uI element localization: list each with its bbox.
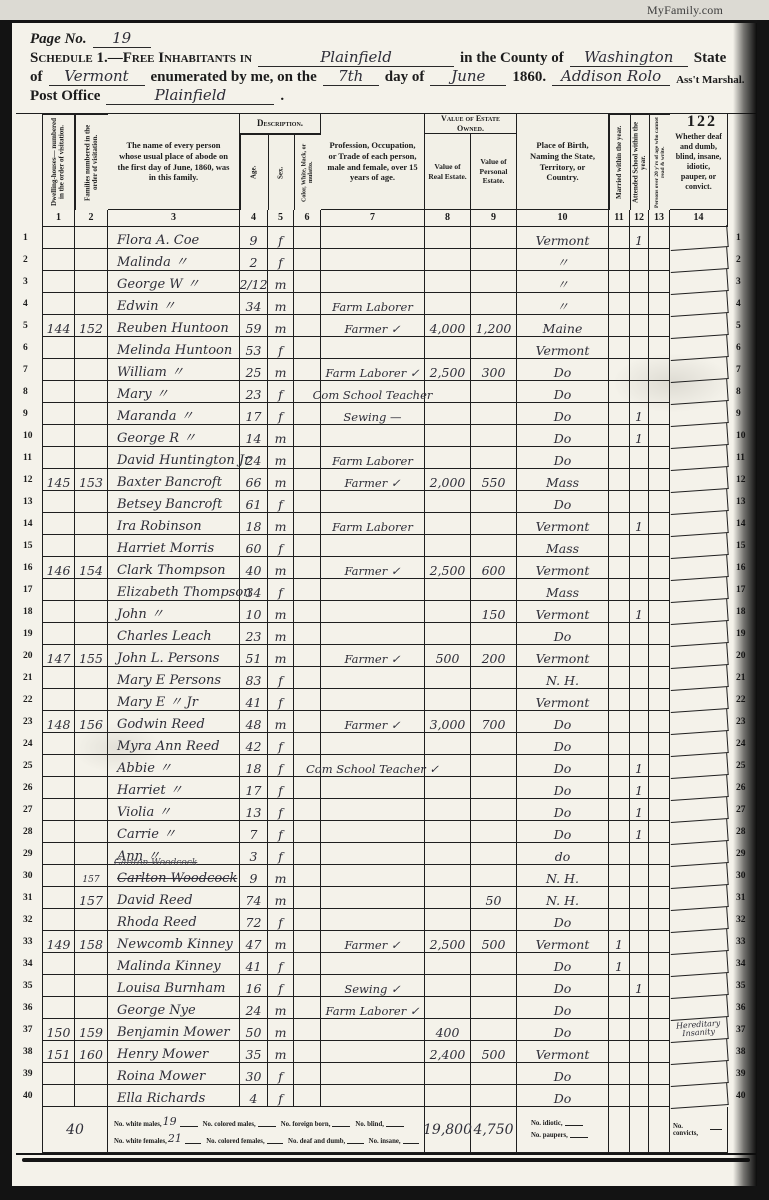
cell-school — [630, 997, 649, 1019]
cell-age: 41 — [240, 689, 268, 711]
estate-group-header: Value of Estate Owned. — [425, 114, 517, 134]
cell-occupation — [321, 491, 425, 513]
cell-personal-estate — [471, 271, 517, 293]
cell-personal-estate — [471, 579, 517, 601]
colnum: 9 — [471, 210, 517, 227]
cell-name: Flora A. Coe — [108, 227, 240, 249]
row-number-right: 40 — [728, 1085, 756, 1107]
cell-real-estate — [425, 535, 471, 557]
row-number-right: 30 — [728, 865, 756, 887]
cell-cannot-read — [649, 1085, 670, 1107]
cell-age: 3 — [240, 843, 268, 865]
cell-personal-estate — [471, 623, 517, 645]
table-row: 35 Louisa Burnham 16 f Sewing ✓ Do 1 35 — [16, 975, 756, 997]
cell-family: 157 — [75, 865, 108, 887]
cell-birthplace: Do — [517, 403, 609, 425]
row-number-left: 21 — [16, 667, 42, 689]
row-number-left: 32 — [16, 909, 42, 931]
rownum-spacer — [728, 114, 756, 210]
row-number-left: 27 — [16, 799, 42, 821]
cell-sex: m — [268, 293, 294, 315]
cell-married — [609, 425, 630, 447]
cell-occupation: Farmer ✓ — [321, 469, 425, 491]
cell-family — [75, 1085, 108, 1107]
cell-married — [609, 623, 630, 645]
cell-occupation — [321, 425, 425, 447]
cell-birthplace: Do — [517, 909, 609, 931]
table-row: 37 150 159 Benjamin Mower 50 m 400 Do He… — [16, 1019, 756, 1041]
cell-color — [294, 645, 321, 667]
table-row: 39 Roina Mower 30 f Do 39 — [16, 1063, 756, 1085]
cell-occupation — [321, 1041, 425, 1063]
row-number-left: 26 — [16, 777, 42, 799]
cell-age: 50 — [240, 1019, 268, 1041]
cell-birthplace: Maine — [517, 315, 609, 337]
cell-name: Godwin Reed — [108, 711, 240, 733]
marshal-label: Ass't Marshal. — [676, 74, 744, 86]
cell-name: David Reed — [108, 887, 240, 909]
table-row: 34 Malinda Kinney 41 f Do 1 34 — [16, 953, 756, 975]
row-number-right: 17 — [728, 579, 756, 601]
cell-dwelling — [42, 227, 75, 249]
cell-married — [609, 535, 630, 557]
row-number-left: 5 — [16, 315, 42, 337]
cell-cannot-read — [649, 755, 670, 777]
cell-family — [75, 733, 108, 755]
cell-age: 17 — [240, 777, 268, 799]
cell-dwelling — [42, 689, 75, 711]
cell-sex: f — [268, 909, 294, 931]
cell-occupation: Farmer ✓ — [321, 931, 425, 953]
cell-color — [294, 271, 321, 293]
stat-label: No. white females, — [114, 1138, 167, 1145]
census-page: Page No. 19 Schedule 1.—Free Inhabitants… — [12, 20, 757, 1186]
cell-sex: f — [268, 777, 294, 799]
cell-school: 1 — [630, 777, 649, 799]
cell-name: Mary E 〃 Jr — [108, 689, 240, 711]
cell-personal-estate: 1,200 — [471, 315, 517, 337]
table-row: 6 Melinda Huntoon 53 f Vermont 6 — [16, 337, 756, 359]
cell-real-estate — [425, 843, 471, 865]
cell-name: William 〃 — [108, 359, 240, 381]
cell-real-estate: 2,500 — [425, 359, 471, 381]
county-label: in the County of — [460, 50, 564, 67]
cell-sex: m — [268, 315, 294, 337]
cell-real-estate — [425, 491, 471, 513]
col-personalestate-header: Value of Personal Estate. — [471, 134, 517, 210]
col-birthplace-header: Place of Birth, Naming the State, Territ… — [517, 114, 609, 210]
cell-family — [75, 579, 108, 601]
cell-birthplace: N. H. — [517, 667, 609, 689]
cell-cannot-read — [649, 1019, 670, 1041]
cell-real-estate: 2,000 — [425, 469, 471, 491]
cell-cannot-read — [649, 359, 670, 381]
myfamily-logo: MyFamily.com — [647, 3, 723, 18]
row-number-right: 10 — [728, 425, 756, 447]
cell-name: Ella Richards — [108, 1085, 240, 1107]
cell-age: 53 — [240, 337, 268, 359]
cell-dwelling — [42, 975, 75, 997]
cell-married — [609, 689, 630, 711]
cell-personal-estate — [471, 821, 517, 843]
cell-dwelling — [42, 447, 75, 469]
cell-name: Clark Thompson — [108, 557, 240, 579]
table-row: 16 146 154 Clark Thompson 40 m Farmer ✓ … — [16, 557, 756, 579]
cell-dwelling — [42, 843, 75, 865]
cell-name: Carlton WoodcockCarlton Woodcock — [108, 865, 240, 887]
cell-real-estate — [425, 271, 471, 293]
cell-age: 13 — [240, 799, 268, 821]
cell-age: 17 — [240, 403, 268, 425]
cell-birthplace: Do — [517, 755, 609, 777]
cell-cannot-read — [649, 667, 670, 689]
cell-personal-estate: 500 — [471, 931, 517, 953]
cell-occupation — [321, 733, 425, 755]
cell-personal-estate: 500 — [471, 1041, 517, 1063]
table-row: 38 151 160 Henry Mower 35 m 2,400 500 Ve… — [16, 1041, 756, 1063]
cell-family — [75, 975, 108, 997]
schedule-title: Schedule 1.—Free Inhabitants in — [30, 50, 252, 67]
cell-sex: f — [268, 821, 294, 843]
document-header: Page No. 19 Schedule 1.—Free Inhabitants… — [14, 29, 757, 111]
cell-school — [630, 843, 649, 865]
cell-personal-estate — [471, 227, 517, 249]
row-number-left: 39 — [16, 1063, 42, 1085]
cell-birthplace: Do — [517, 711, 609, 733]
cell-school — [630, 491, 649, 513]
cell-color — [294, 425, 321, 447]
cell-family: 154 — [75, 557, 108, 579]
cell-real-estate — [425, 579, 471, 601]
cell-family — [75, 997, 108, 1019]
cell-school — [630, 887, 649, 909]
cell-sex: f — [268, 227, 294, 249]
cell-family — [75, 623, 108, 645]
cell-sex: f — [268, 667, 294, 689]
cell-school — [630, 293, 649, 315]
cell-age: 66 — [240, 469, 268, 491]
rownum-spacer — [16, 114, 42, 210]
cell-color — [294, 337, 321, 359]
cell-cannot-read — [649, 381, 670, 403]
cell-birthplace: Do — [517, 359, 609, 381]
cell-married — [609, 777, 630, 799]
marshal-name: Addison Rolo — [552, 69, 670, 86]
cell-color — [294, 513, 321, 535]
cell-sex: f — [268, 579, 294, 601]
cell-real-estate — [425, 623, 471, 645]
cell-real-estate — [425, 733, 471, 755]
cell-married — [609, 909, 630, 931]
cell-sex: f — [268, 755, 294, 777]
cell-cannot-read — [649, 733, 670, 755]
cell-family: 157 — [75, 887, 108, 909]
cell-color — [294, 777, 321, 799]
cell-color — [294, 931, 321, 953]
cell-family — [75, 953, 108, 975]
enumerated-label: enumerated by me, on the — [151, 69, 317, 86]
row-number-left: 36 — [16, 997, 42, 1019]
row-number-right: 36 — [728, 997, 756, 1019]
cell-cannot-read — [649, 865, 670, 887]
cell-married — [609, 645, 630, 667]
cell-birthplace: Do — [517, 997, 609, 1019]
cell-personal-estate — [471, 755, 517, 777]
row-number-left: 2 — [16, 249, 42, 271]
cell-color — [294, 601, 321, 623]
cell-cannot-read — [649, 293, 670, 315]
row-number-left: 34 — [16, 953, 42, 975]
cell-school — [630, 315, 649, 337]
colnum: 8 — [425, 210, 471, 227]
cell-dwelling — [42, 997, 75, 1019]
cell-sex: m — [268, 931, 294, 953]
row-number-right: 4 — [728, 293, 756, 315]
table-row: 1 Flora A. Coe 9 f Vermont 1 1 — [16, 227, 756, 249]
cell-age: 9 — [240, 227, 268, 249]
cell-family — [75, 821, 108, 843]
stat-label: No. white males, — [114, 1121, 162, 1128]
cell-name: Violia 〃 — [108, 799, 240, 821]
cell-sex: f — [268, 1085, 294, 1107]
table-row: 5 144 152 Reuben Huntoon 59 m Farmer ✓ 4… — [16, 315, 756, 337]
cell-occupation — [321, 227, 425, 249]
cell-real-estate — [425, 513, 471, 535]
cell-married — [609, 447, 630, 469]
cell-occupation — [321, 271, 425, 293]
table-row: 15 Harriet Morris 60 f Mass 15 — [16, 535, 756, 557]
cell-color — [294, 403, 321, 425]
cell-school — [630, 1085, 649, 1107]
row-number-right: 15 — [728, 535, 756, 557]
cell-school — [630, 645, 649, 667]
cell-name: Maranda 〃 — [108, 403, 240, 425]
cell-color — [294, 1063, 321, 1085]
row-number-left: 4 — [16, 293, 42, 315]
cell-age: 60 — [240, 535, 268, 557]
cell-dwelling — [42, 535, 75, 557]
row-number-right: 7 — [728, 359, 756, 381]
cell-married — [609, 667, 630, 689]
cell-occupation — [321, 909, 425, 931]
cell-name: Henry Mower — [108, 1041, 240, 1063]
cell-sex: f — [268, 1063, 294, 1085]
cell-birthplace: Do — [517, 1063, 609, 1085]
row-number-left: 8 — [16, 381, 42, 403]
cell-family — [75, 689, 108, 711]
cell-personal-estate: 50 — [471, 887, 517, 909]
cell-married — [609, 359, 630, 381]
cell-age: 35 — [240, 1041, 268, 1063]
table-row: 31 157 David Reed 74 m 50 N. H. 31 — [16, 887, 756, 909]
cell-school: 1 — [630, 975, 649, 997]
cell-occupation — [321, 865, 425, 887]
cell-dwelling — [42, 909, 75, 931]
cell-occupation — [321, 623, 425, 645]
cell-cannot-read — [649, 1041, 670, 1063]
cell-married — [609, 337, 630, 359]
cell-married — [609, 997, 630, 1019]
row-number-left: 35 — [16, 975, 42, 997]
col-married-header: Married within the year. — [609, 114, 630, 210]
table-row: 19 Charles Leach 23 m Do 19 — [16, 623, 756, 645]
cell-family: 155 — [75, 645, 108, 667]
cell-personal-estate: 550 — [471, 469, 517, 491]
row-number-right: 20 — [728, 645, 756, 667]
row-number-left: 11 — [16, 447, 42, 469]
cell-real-estate — [425, 975, 471, 997]
cell-real-estate — [425, 403, 471, 425]
cell-birthplace: do — [517, 843, 609, 865]
cell-age: 23 — [240, 381, 268, 403]
cell-sex: f — [268, 975, 294, 997]
cell-color — [294, 293, 321, 315]
cell-occupation: Farmer ✓ — [321, 645, 425, 667]
table-row: 10 George R 〃 14 m Do 1 10 — [16, 425, 756, 447]
cell-family — [75, 799, 108, 821]
cell-color — [294, 667, 321, 689]
cell-real-estate — [425, 887, 471, 909]
cell-dwelling — [42, 359, 75, 381]
cell-color — [294, 953, 321, 975]
cell-dwelling — [42, 491, 75, 513]
cell-married — [609, 271, 630, 293]
colnum: 6 — [294, 210, 321, 227]
row-number-right: 33 — [728, 931, 756, 953]
cell-personal-estate — [471, 403, 517, 425]
cell-dwelling — [42, 425, 75, 447]
cell-occupation: Com School Teacher — [321, 381, 425, 403]
colnum: 2 — [75, 210, 108, 227]
cell-dwelling — [42, 381, 75, 403]
cell-family — [75, 535, 108, 557]
cell-cannot-read — [649, 601, 670, 623]
cell-school — [630, 249, 649, 271]
row-number-right: 18 — [728, 601, 756, 623]
cell-dwelling: 151 — [42, 1041, 75, 1063]
cell-cannot-read — [649, 843, 670, 865]
row-number-left: 1 — [16, 227, 42, 249]
row-number-right: 8 — [728, 381, 756, 403]
colnum: 11 — [609, 210, 630, 227]
table-row: 17 Elizabeth Thompson 34 f Mass 17 — [16, 579, 756, 601]
row-number-right: 22 — [728, 689, 756, 711]
cell-real-estate — [425, 601, 471, 623]
cell-school — [630, 1041, 649, 1063]
row-number-left: 16 — [16, 557, 42, 579]
table-row: 8 Mary 〃 23 f Com School Teacher Do 8 — [16, 381, 756, 403]
cell-occupation: Sewing ✓ — [321, 975, 425, 997]
cell-occupation — [321, 1085, 425, 1107]
cell-age: 74 — [240, 887, 268, 909]
row-number-right: 13 — [728, 491, 756, 513]
cell-cannot-read — [649, 469, 670, 491]
cell-occupation: Farm Laborer ✓ — [321, 359, 425, 381]
table-row: 4 Edwin 〃 34 m Farm Laborer 〃 4 — [16, 293, 756, 315]
row-number-right: 35 — [728, 975, 756, 997]
cell-color — [294, 887, 321, 909]
cell-color — [294, 469, 321, 491]
cell-family: 152 — [75, 315, 108, 337]
cell-name: Newcomb Kinney — [108, 931, 240, 953]
cell-school — [630, 667, 649, 689]
cell-color — [294, 535, 321, 557]
row-number-left: 37 — [16, 1019, 42, 1041]
cell-school — [630, 535, 649, 557]
cell-family: 153 — [75, 469, 108, 491]
cell-age: 18 — [240, 755, 268, 777]
rownum-spacer — [728, 210, 756, 227]
cell-name: Louisa Burnham — [108, 975, 240, 997]
cell-birthplace: Do — [517, 491, 609, 513]
cell-birthplace: Vermont — [517, 227, 609, 249]
written-row-count: 40 — [66, 1122, 84, 1138]
cell-family — [75, 447, 108, 469]
table-row: 40 Ella Richards 4 f Do 40 — [16, 1085, 756, 1107]
month-value: June — [430, 69, 506, 86]
footer-convicts: No. convicts, — [670, 1107, 728, 1153]
cell-age: 42 — [240, 733, 268, 755]
table-row: 7 William 〃 25 m Farm Laborer ✓ 2,500 30… — [16, 359, 756, 381]
ghost-crossed-name: Carlton Woodcock — [114, 859, 197, 868]
cell-personal-estate — [471, 975, 517, 997]
of-label: of — [30, 69, 43, 86]
cell-family — [75, 271, 108, 293]
cell-occupation — [321, 799, 425, 821]
cell-married — [609, 733, 630, 755]
cell-family — [75, 425, 108, 447]
cell-married — [609, 403, 630, 425]
cell-cannot-read — [649, 711, 670, 733]
cell-birthplace: 〃 — [517, 293, 609, 315]
stat-value: 21 — [168, 1132, 182, 1145]
cell-birthplace: Vermont — [517, 1041, 609, 1063]
county-value: Washington — [570, 50, 688, 67]
cell-sex: m — [268, 645, 294, 667]
cell-school: 1 — [630, 601, 649, 623]
cell-real-estate — [425, 425, 471, 447]
scan-bottom-rule — [22, 1158, 750, 1162]
colnum: 12 — [630, 210, 649, 227]
cell-name: John L. Persons — [108, 645, 240, 667]
cell-age: 40 — [240, 557, 268, 579]
cell-age: 2/12 — [240, 271, 268, 293]
cell-name: Malinda 〃 — [108, 249, 240, 271]
row-number-right: 5 — [728, 315, 756, 337]
row-number-right: 19 — [728, 623, 756, 645]
place-value: Plainfield — [258, 50, 454, 67]
cell-school — [630, 381, 649, 403]
rownum-spacer — [16, 1107, 42, 1153]
cell-real-estate — [425, 337, 471, 359]
cell-sex: m — [268, 513, 294, 535]
row-number-right: 25 — [728, 755, 756, 777]
cell-color — [294, 1085, 321, 1107]
state-value: Vermont — [49, 69, 145, 86]
cell-cannot-read — [649, 821, 670, 843]
cell-birthplace: Do — [517, 821, 609, 843]
col-name-header: The name of every person whose usual pla… — [108, 114, 240, 210]
row-number-left: 33 — [16, 931, 42, 953]
col-occupation-header: Profession, Occupation, or Trade of each… — [321, 114, 425, 210]
table-row: 32 Rhoda Reed 72 f Do 32 — [16, 909, 756, 931]
cell-age: 47 — [240, 931, 268, 953]
post-office-label: Post Office — [30, 88, 100, 105]
row-number-right: 28 — [728, 821, 756, 843]
cell-occupation — [321, 1019, 425, 1041]
cell-name: Benjamin Mower — [108, 1019, 240, 1041]
footer-idiotic-paupers: No. idiotic, No. paupers, — [517, 1107, 609, 1153]
